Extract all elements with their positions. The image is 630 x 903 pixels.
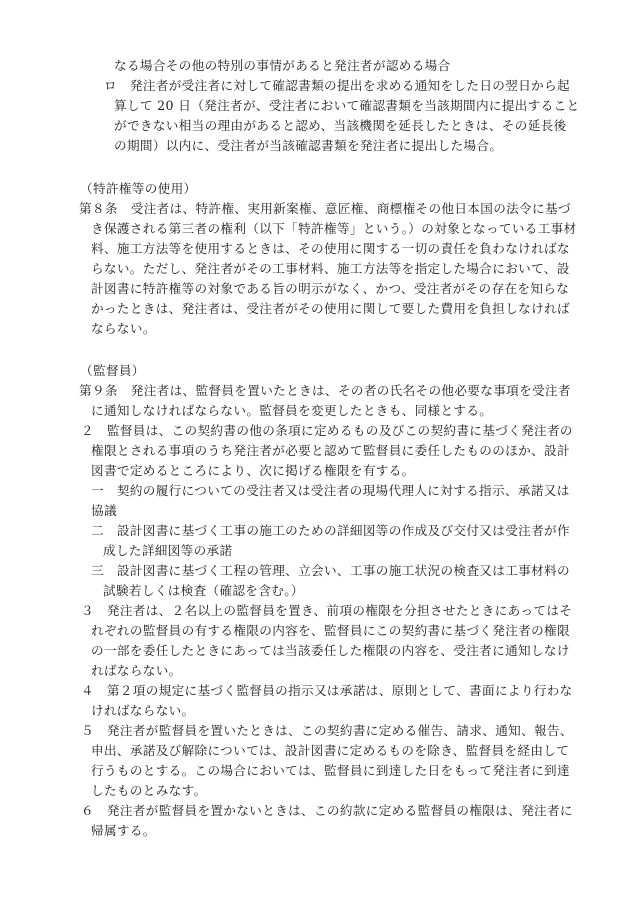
item-ro: ロ 発注者が受注者に対して確認書類の提出を求める通知をした日の翌日から起	[104, 78, 570, 94]
article-9-text: に通知しなければならない。監督員を変更したときも、同様とする。	[91, 403, 492, 419]
clause-text: 算して 20 日（発注者が、受注者において確認書類を当該期間内に提出すること	[114, 98, 580, 114]
paragraph-4: ４ 第２項の規定に基づく監督員の指示又は承諾は、原則として、書面により行わな	[81, 683, 573, 699]
heading-patent-use: （特許権等の使用）	[80, 181, 197, 197]
item-1-text: 協議	[91, 503, 117, 519]
article-8-text: らない。ただし、発注者がその工事材料、施工方法等を指定した場合において、設	[91, 261, 570, 277]
paragraph-3: ３ 発注者は、２名以上の監督員を置き、前項の権限を分担させたときにあってはそ	[81, 603, 572, 619]
heading-supervisor: （監督員）	[80, 363, 145, 379]
item-1: 一 契約の履行についての受注者又は受注者の現場代理人に対する指示、承諾又は	[91, 483, 570, 499]
item-2: 二 設計図書に基づく工事の施工のための詳細図等の作成及び交付又は受注者が作	[91, 523, 570, 539]
article-8: 第８条 受注者は、特許権、実用新案権、意匠権、商標権その他日本国の法令に基づ	[79, 201, 571, 217]
article-8-text: 計図書に特許権等の対象である旨の明示がなく、かつ、受注者がその存在を知らな	[91, 281, 569, 297]
paragraph-6-text: 帰属する。	[91, 823, 156, 839]
item-3-text: 試験若しくは検査（確認を含む。）	[103, 583, 304, 599]
clause-text: の期間）以内に、受注者が当該確認書類を発注者に提出した場合。	[114, 138, 502, 154]
paragraph-5-text: 行うものとする。この場合においては、監督員に到達した日をもって発注者に到達	[91, 763, 570, 779]
article-8-text: かったときは、発注者は、受注者がその使用に関して要した費用を負担しなければ	[91, 301, 570, 317]
article-8-text: き保護される第三者の権利（以下「特許権等」という。）の対象となっている工事材	[91, 221, 577, 237]
clause-text: なる場合その他の特別の事情があると発注者が認める場合	[114, 58, 451, 74]
paragraph-4-text: ければならない。	[91, 703, 195, 719]
paragraph-5: ５ 発注者が監督員を置いたときは、この契約書に定める催告、請求、通知、報告、	[81, 723, 573, 739]
paragraph-6: ６ 発注者が監督員を置かないときは、この約款に定める監督員の権限は、発注者に	[81, 803, 573, 819]
paragraph-3-text: の一部を委任したときにあっては当該委任した権限の内容を、受注者に通知しなけ	[91, 643, 570, 659]
paragraph-5-text: 申出、承諾及び解除については、設計図書に定めるものを除き、監督員を経由して	[91, 743, 569, 759]
paragraph-2-text: 権限とされる事項のうち発注者が必要と認めて監督員に委任したもののほか、設計	[91, 443, 570, 459]
clause-text: ができない相当の理由があると認め、当該機関を延長したときは、その延長後	[114, 118, 567, 134]
paragraph-3-text: れぞれの監督員の有する権限の内容を、監督員にこの契約書に基づく発注者の権限	[91, 623, 570, 639]
paragraph-3-text: ればならない。	[91, 663, 182, 679]
paragraph-2: ２ 監督員は、この契約書の他の条項に定めるもの及びこの契約書に基づく発注者の	[81, 423, 573, 439]
item-2-text: 成した詳細図等の承諾	[103, 543, 232, 559]
paragraph-2-text: 図書で定めるところにより、次に掲げる権限を有する。	[91, 463, 415, 479]
article-8-text: ならない。	[91, 321, 156, 337]
paragraph-5-text: したものとみなす。	[91, 783, 207, 799]
article-9: 第９条 発注者は、監督員を置いたときは、その者の氏名その他必要な事項を受注者	[79, 383, 571, 399]
article-8-text: 料、施工方法等を使用するときは、その使用に関する一切の責任を負わなければな	[91, 241, 570, 257]
item-3: 三 設計図書に基づく工程の管理、立会い、工事の施工状況の検査又は工事材料の	[91, 563, 570, 579]
document-page: なる場合その他の特別の事情があると発注者が認める場合ロ 発注者が受注者に対して確…	[0, 0, 630, 903]
